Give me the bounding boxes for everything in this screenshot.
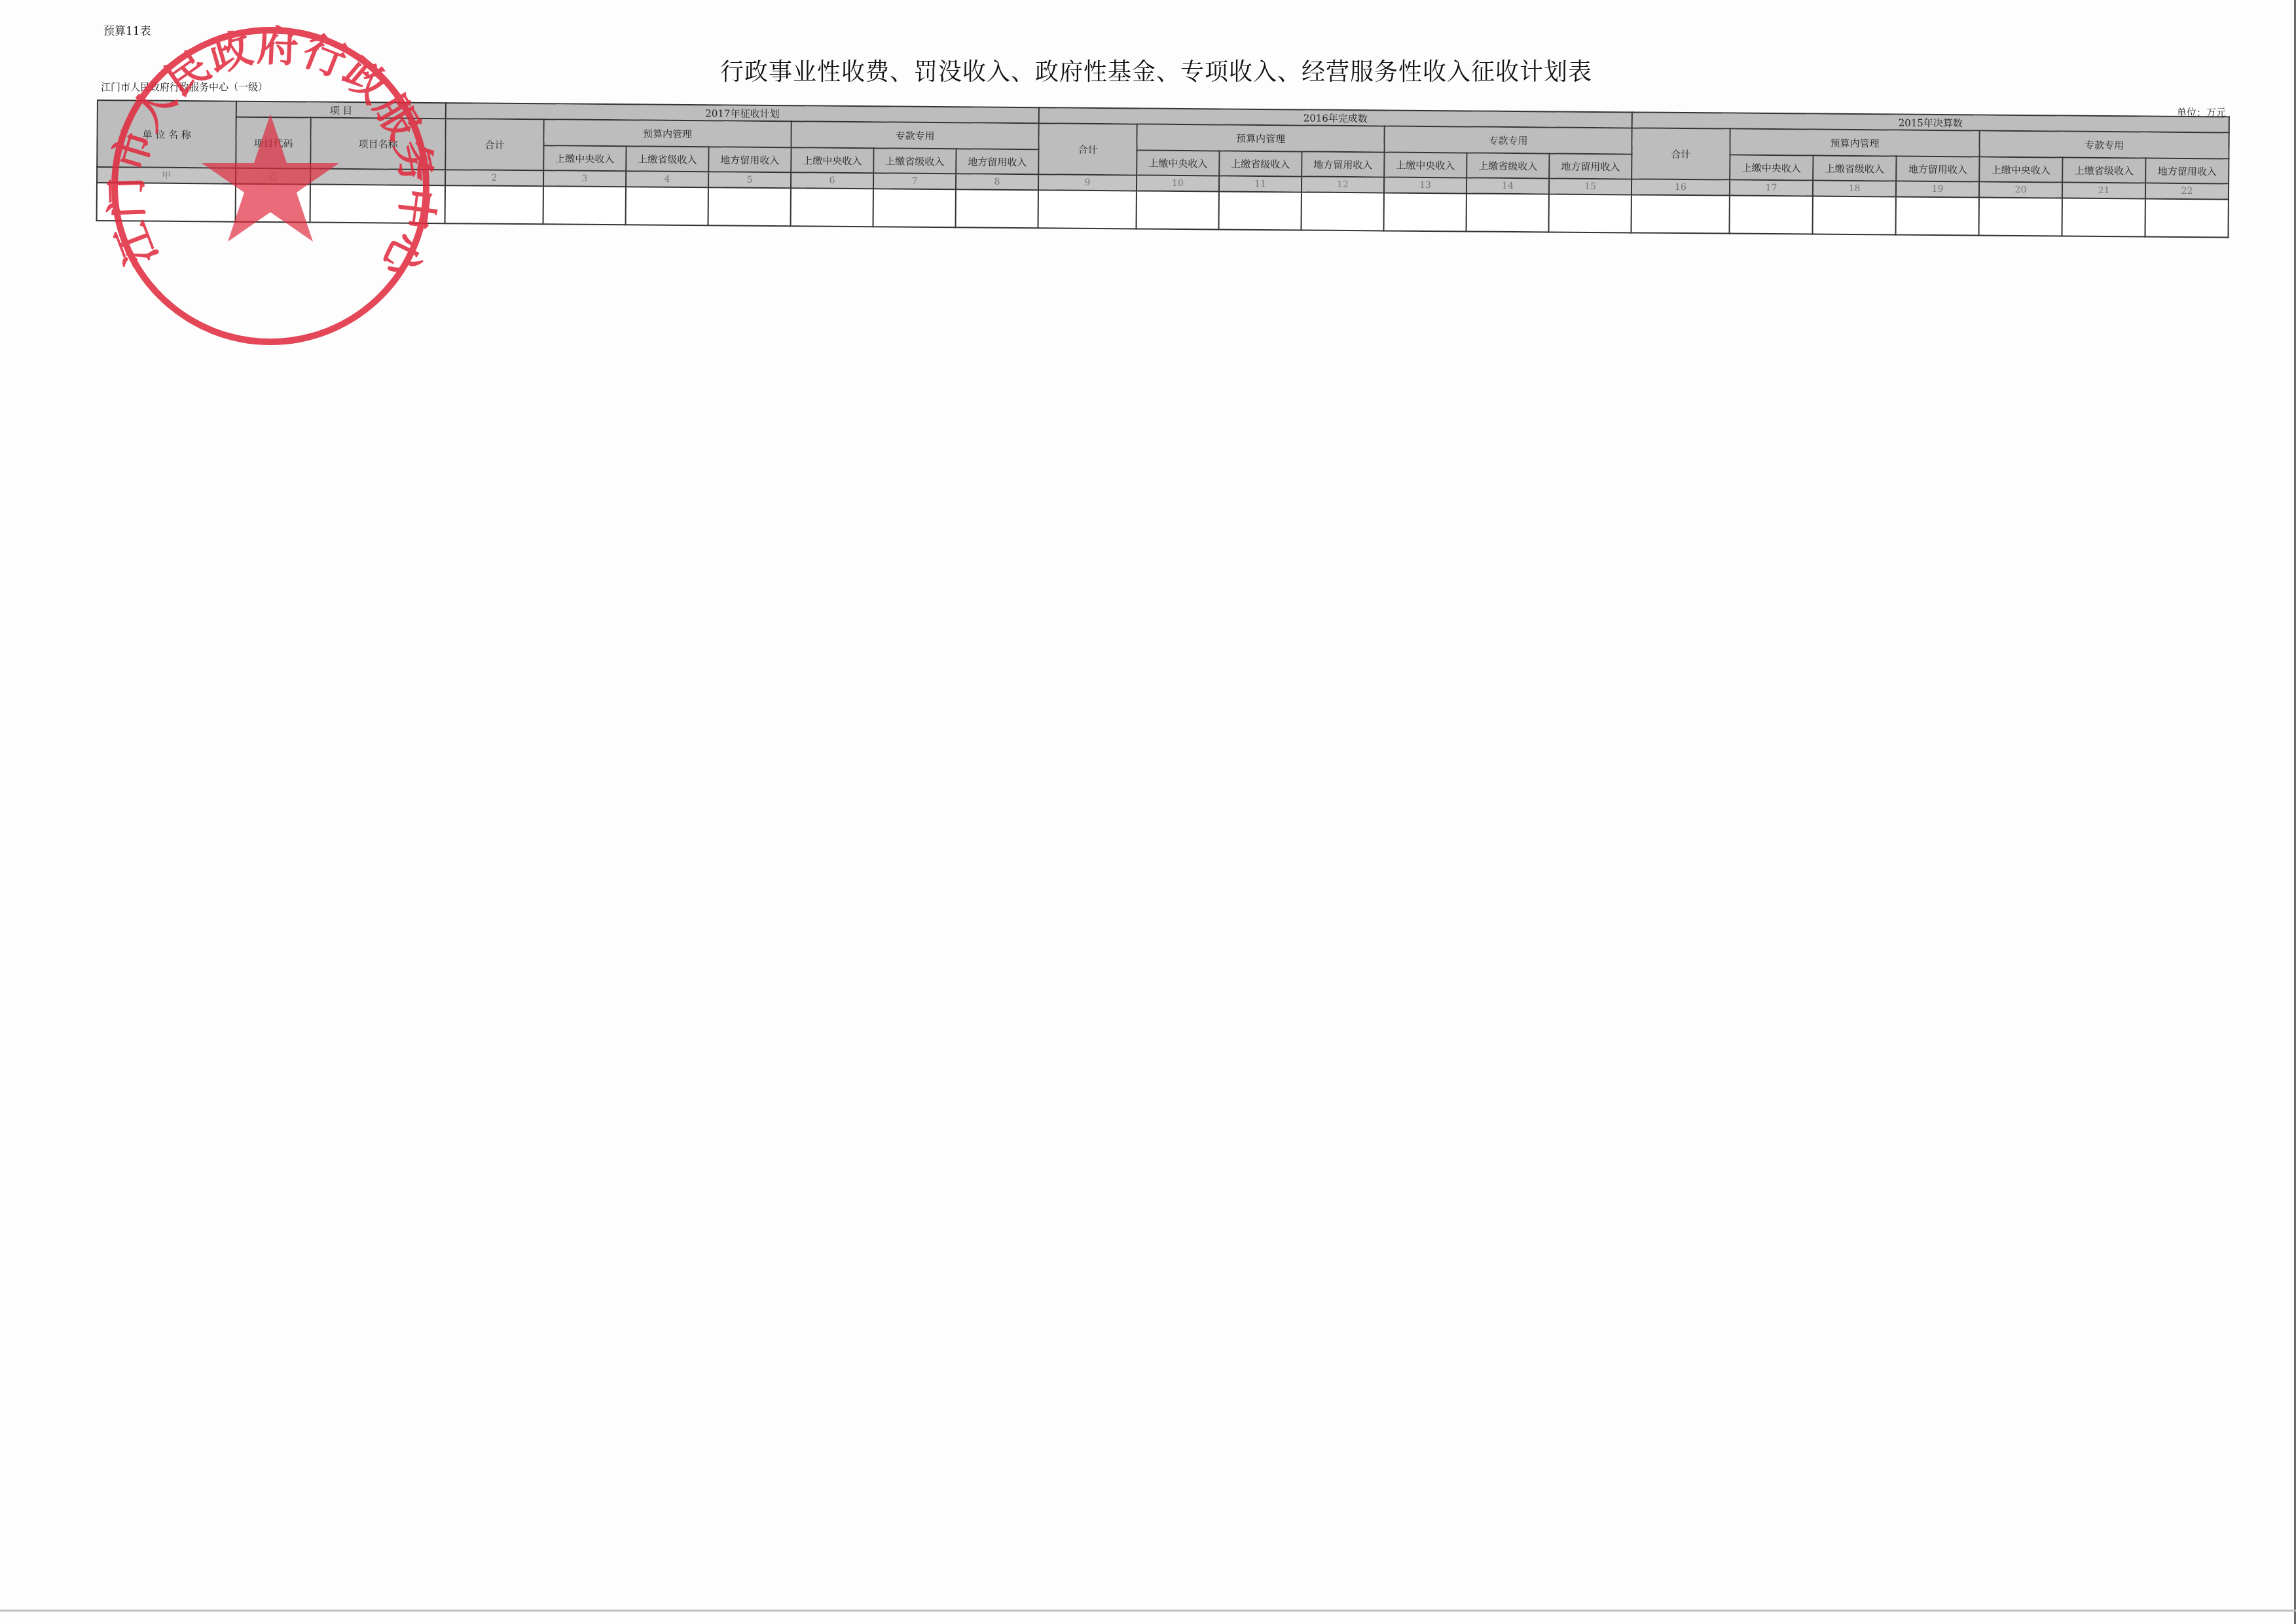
- header-subcol: 上缴省级收入: [1219, 151, 1302, 176]
- header-subcol: 上缴中央收入: [1137, 150, 1219, 175]
- scan-bottom-line: [0, 1610, 2296, 1612]
- cell-value: [1136, 191, 1218, 229]
- header-item-name: 项目名称: [310, 118, 446, 170]
- cell-value: [956, 189, 1038, 228]
- cell-value: [626, 187, 708, 225]
- column-index: 9: [1038, 174, 1137, 191]
- header-subcol: 地方留用收入: [1302, 151, 1384, 177]
- column-index: 15: [1549, 178, 1631, 194]
- index-item-name: [310, 169, 445, 186]
- header-subcol: 上缴省级收入: [873, 148, 956, 174]
- column-index: 11: [1219, 175, 1302, 192]
- column-index: 20: [1979, 182, 2062, 198]
- column-index: 22: [2145, 183, 2229, 200]
- index-item-code: 乙: [236, 168, 310, 185]
- column-index: 19: [1896, 181, 1979, 198]
- header-subcol: 地方留用收入: [956, 149, 1038, 174]
- column-index: 14: [1467, 177, 1549, 194]
- cell-value: [1301, 192, 1383, 231]
- header-total: 合计: [445, 119, 544, 170]
- column-index: 7: [873, 173, 956, 189]
- header-subcol: 上缴省级收入: [1467, 153, 1549, 178]
- cell-item-name: [310, 185, 445, 224]
- header-subcol: 上缴中央收入: [1730, 155, 1813, 181]
- cell-value: [873, 189, 956, 227]
- column-index: 2: [445, 170, 543, 186]
- header-group: 专款专用: [1384, 126, 1631, 154]
- column-index: 3: [543, 170, 626, 187]
- cell-value: [1038, 190, 1137, 229]
- header-group: 预算内管理: [1137, 124, 1384, 152]
- cell-unit-name: [97, 183, 236, 222]
- header-group: 专款专用: [791, 121, 1038, 149]
- header-item-group: 项 目: [236, 101, 446, 119]
- column-index: 6: [791, 172, 873, 189]
- column-index: 21: [2062, 183, 2145, 199]
- reporting-unit: 江门市人民政府行政服务中心（一级）: [101, 80, 268, 94]
- column-index: 16: [1631, 179, 1730, 195]
- cell-value: [543, 186, 626, 225]
- column-index: 12: [1302, 176, 1384, 193]
- cell-value: [445, 185, 543, 224]
- column-index: 4: [626, 171, 708, 187]
- cell-value: [1631, 194, 1729, 233]
- column-index: 10: [1137, 175, 1219, 191]
- header-unit-name: 单 位 名 称: [97, 100, 236, 168]
- cell-value: [1729, 196, 1812, 234]
- cell-value: [2062, 198, 2145, 237]
- header-subcol: 上缴中央收入: [791, 147, 873, 173]
- revenue-plan-table: 单 位 名 称 项 目 2017年征收计划2016年完成数2015年决算数 项目…: [96, 100, 2230, 238]
- cell-value: [1895, 197, 1978, 236]
- header-subcol: 地方留用收入: [708, 147, 791, 172]
- cell-value: [791, 188, 873, 227]
- column-index: 8: [956, 174, 1038, 190]
- cell-value: [1218, 191, 1301, 230]
- header-subcol: 地方留用收入: [2145, 158, 2229, 184]
- column-index: 5: [708, 172, 791, 188]
- cell-value: [1812, 196, 1895, 235]
- header-subcol: 上缴中央收入: [543, 145, 626, 171]
- page-title: 行政事业性收费、罚没收入、政府性基金、专项收入、经营服务性收入征收计划表: [720, 54, 1592, 87]
- header-subcol: 上缴中央收入: [1384, 152, 1467, 177]
- cell-value: [1383, 193, 1466, 231]
- column-index: 18: [1813, 181, 1896, 197]
- header-group: 预算内管理: [543, 119, 791, 147]
- header-subcol: 地方留用收入: [1896, 157, 1979, 182]
- header-item-code: 项目代码: [236, 117, 311, 169]
- header-group: 专款专用: [1979, 131, 2229, 159]
- header-subcol: 上缴中央收入: [1979, 157, 2062, 183]
- cell-value: [2145, 199, 2228, 238]
- cell-value: [1978, 198, 2062, 236]
- cell-value: [1548, 194, 1631, 232]
- header-subcol: 上缴省级收入: [2062, 158, 2145, 183]
- column-index: 17: [1730, 180, 1813, 196]
- column-index: 13: [1384, 177, 1467, 193]
- cell-item-code: [236, 184, 310, 223]
- cell-value: [1466, 193, 1548, 232]
- header-group: 预算内管理: [1730, 129, 1979, 157]
- header-subcol: 上缴省级收入: [1813, 156, 1896, 181]
- index-unit-name: 甲: [97, 167, 236, 184]
- cell-value: [708, 187, 791, 226]
- form-number: 预算11表: [103, 22, 151, 38]
- header-subcol: 地方留用收入: [1549, 153, 1631, 179]
- header-total: 合计: [1631, 128, 1730, 179]
- header-subcol: 上缴省级收入: [626, 146, 708, 172]
- header-total: 合计: [1038, 123, 1137, 175]
